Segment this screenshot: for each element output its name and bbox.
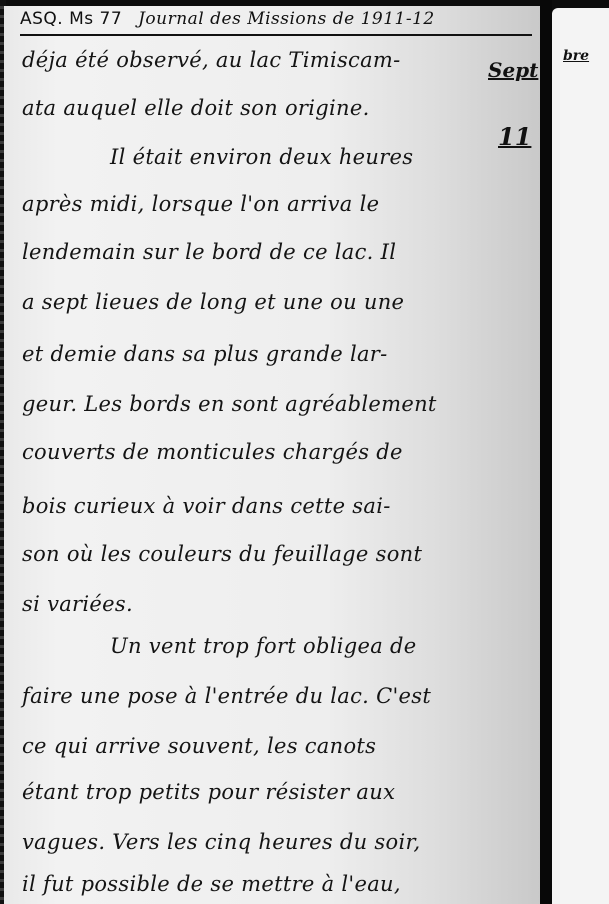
text-line: a sept lieues de long et une ou une bbox=[22, 290, 482, 314]
text-line: couverts de monticules chargés de bbox=[22, 440, 482, 464]
text-line: si variées. bbox=[22, 592, 482, 616]
facing-page-edge bbox=[552, 8, 609, 904]
text-line: ce qui arrive souvent, les canots bbox=[22, 734, 482, 758]
text-line: lendemain sur le bord de ce lac. Il bbox=[22, 240, 482, 264]
text-line: et demie dans sa plus grande lar- bbox=[22, 342, 482, 366]
text-line: bois curieux à voir dans cette sai- bbox=[22, 494, 482, 518]
margin-note-day: 11 bbox=[498, 122, 531, 151]
page-gutter bbox=[540, 0, 552, 904]
page-header: ASQ. Ms 77 Journal des Missions de 1911-… bbox=[20, 4, 532, 36]
text-line: déja été observé, au lac Timiscam- bbox=[22, 48, 482, 72]
text-line: faire une pose à l'entrée du lac. C'est bbox=[22, 684, 482, 708]
paragraph-start-line: Un vent trop fort obligea de bbox=[110, 634, 570, 658]
text-line: étant trop petits pour résister aux bbox=[22, 780, 482, 804]
text-line: il fut possible de se mettre à l'eau, bbox=[22, 872, 482, 896]
text-line: vagues. Vers les cinq heures du soir, bbox=[22, 830, 482, 854]
text-line: geur. Les bords en sont agréablement bbox=[22, 392, 482, 416]
text-line: ata auquel elle doit son origine. bbox=[22, 96, 482, 120]
text-line: après midi, lorsque l'on arriva le bbox=[22, 192, 482, 216]
journal-title: Journal des Missions de 1911-12 bbox=[138, 9, 435, 29]
margin-note-month: Sept bbox=[488, 58, 538, 82]
text-line: son où les couleurs du feuillage sont bbox=[22, 542, 482, 566]
margin-note-facing: bre bbox=[563, 48, 589, 64]
archive-reference: ASQ. Ms 77 bbox=[20, 9, 122, 29]
